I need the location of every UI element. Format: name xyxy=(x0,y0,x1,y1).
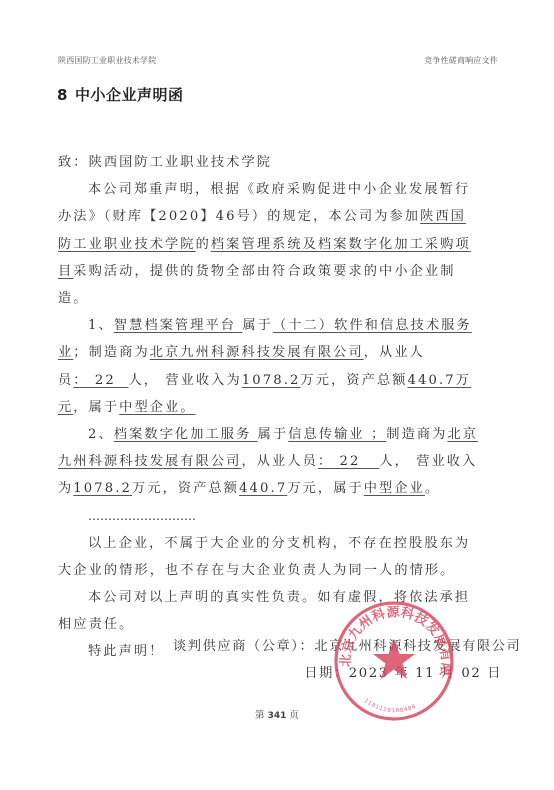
addressee: 致：陕西国防工业职业技术学院 xyxy=(58,149,478,176)
item-text: 万元，属于 xyxy=(287,481,363,496)
item-name: 档案数字化加工服务 xyxy=(114,427,258,442)
header-right: 竞争性磋商响应文件 xyxy=(424,55,498,66)
item-revenue: 1078.2 xyxy=(242,373,301,388)
item-type: 中型企业。 xyxy=(119,400,195,415)
item-text: ，从业人员 xyxy=(241,454,317,469)
date-label: 日期： xyxy=(304,666,348,681)
statement-independence: 以上企业，不属于大企业的分支机构，不存在控股股东为大企业的情形，也不存在与大企业… xyxy=(58,530,478,584)
item-revenue: 1078.2 xyxy=(73,481,132,496)
supplier-signature: 谈判供应商（公章）：北京九州科源科技发展有限公司 xyxy=(173,635,521,654)
item-prefix: 1、 xyxy=(88,318,114,333)
item-1: 1、智慧档案管理平台 属于（十二）软件和信息技术服务业；制造商为北京九州科源科技… xyxy=(58,312,478,421)
item-staff: ： 22 xyxy=(318,454,379,469)
item-text: 万元，资产总额 xyxy=(132,481,239,496)
letter-body: 致：陕西国防工业职业技术学院 本公司郑重声明，根据《政府采购促进中小企业发展暂行… xyxy=(58,149,478,666)
signature-date: 日期：2023 年 11 月 02 日 xyxy=(304,662,502,681)
item-text: 万元，资产总额 xyxy=(301,373,408,388)
ellipsis: ……………………… xyxy=(58,503,478,530)
item-text: 人， 营业收入为 xyxy=(128,373,241,388)
intro-text: 的 xyxy=(196,237,211,252)
intro-paragraph: 本公司郑重声明，根据《政府采购促进中小企业发展暂行办法》（财库【2020】46号… xyxy=(58,176,478,312)
item-name: 智慧档案管理平台 xyxy=(114,318,243,333)
item-type: 中型企业 xyxy=(364,481,425,496)
item-text: 制造商为 xyxy=(386,427,447,442)
item-text: 。 xyxy=(425,481,440,496)
item-assets: 440.7 xyxy=(239,481,287,496)
date-value: 2023 年 11 月 02 日 xyxy=(349,666,502,681)
supplier-label: 谈判供应商（公章）： xyxy=(173,639,314,654)
item-staff: ： 22 xyxy=(73,373,128,388)
page-suffix: 页 xyxy=(289,710,299,721)
item-text: ，属于 xyxy=(73,400,119,415)
item-text: ；制造商为 xyxy=(73,345,149,360)
section-title: 中小企业声明函 xyxy=(75,86,184,104)
item-industry: 信息传输业 ； xyxy=(288,427,386,442)
supplier-name: 北京九州科源科技发展有限公司 xyxy=(314,639,521,654)
item-text: 属于 xyxy=(258,427,289,442)
item-text: 属于 xyxy=(242,318,273,333)
page-number: 第 341 页 xyxy=(0,707,554,721)
page-number-value: 341 xyxy=(268,711,287,721)
intro-text: 采购活动，提供的货物全部由符合政策要求的中小企业制造。 xyxy=(58,264,455,306)
item-2: 2、档案数字化加工服务 属于信息传输业 ；制造商为北京九州科源科技发展有限公司，… xyxy=(58,421,478,503)
statement-responsibility: 本公司对以上声明的真实性负责。如有虚假，将依法承担相应责任。 xyxy=(58,584,478,638)
header-left: 陕西国防工业职业技术学院 xyxy=(58,55,156,66)
intro-text: 本公司郑重声明，根据《政府采购促进中小企业发展暂行办法》（财库【2020】46号… xyxy=(58,182,470,224)
item-maker: 北京九州科源科技发展有限公司 xyxy=(150,345,364,360)
page-prefix: 第 xyxy=(255,710,265,721)
item-prefix: 2、 xyxy=(88,427,114,442)
section-number: 8 xyxy=(57,86,68,104)
page-title: 8中小企业声明函 xyxy=(57,84,183,105)
